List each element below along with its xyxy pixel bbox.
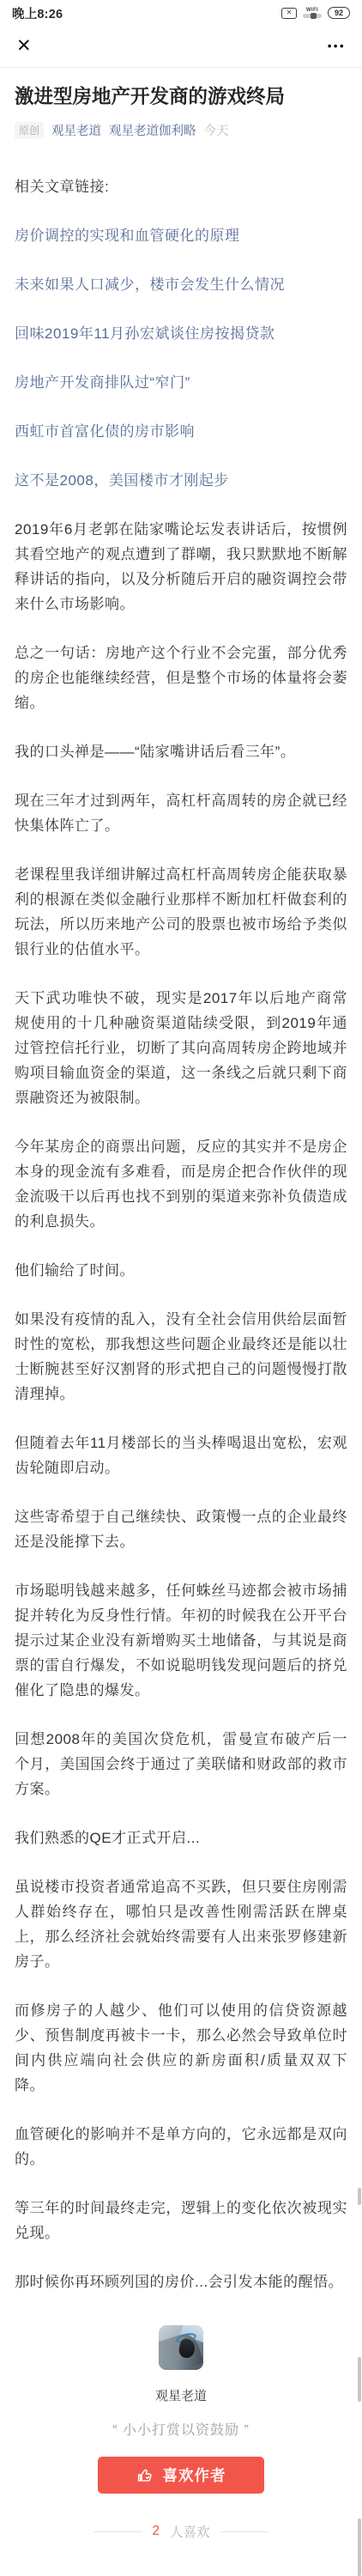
reward-author-name: 观星老道 — [15, 2386, 347, 2404]
status-time: 晚上8:26 — [12, 4, 63, 22]
like-author-button[interactable]: 喜欢作者 — [98, 2457, 264, 2494]
battery-icon: 92 — [328, 7, 350, 19]
reward-quote: “ 小小打赏以资鼓励 ” — [15, 2419, 347, 2439]
body-paragraph: 但随着去年11月楼部长的当头棒喝退出宽松，宏观齿轮随即启动。 — [15, 1431, 347, 1480]
article-title: 激进型房地产开发商的游戏终局 — [15, 84, 347, 110]
related-links: 房价调控的实现和血管硬化的原理未来如果人口减少，楼市会发生什么情况回味2019年… — [15, 223, 347, 493]
wifi-bar — [303, 14, 322, 18]
scrollbar-thumb[interactable] — [358, 2518, 361, 2576]
nav-bar: ✕ ••• — [0, 24, 362, 68]
like-button-label: 喜欢作者 — [163, 2464, 226, 2486]
likes-count: 2 — [152, 2524, 160, 2539]
body-paragraph: 而修房子的人越少、他们可以使用的信贷资源越少、预售制度再被卡一卡，那么必然会导致… — [15, 1998, 347, 2098]
author-avatar — [159, 2325, 203, 2370]
body-paragraph: 老课程里我详细讲解过高杠杆高周转房企能获取暴利的根源在类似金融行业那样不断加杠杆… — [15, 862, 347, 962]
related-links-label: 相关文章链接: — [15, 174, 347, 199]
wifi-knob — [311, 13, 317, 19]
close-icon[interactable]: ✕ — [16, 37, 32, 55]
scrollbar-thumb[interactable] — [358, 2188, 361, 2205]
body-paragraph: 市场聪明钱越来越多，任何蛛丝马迹都会被市场捕捉并转化为反身性行情。年初的时候我在… — [15, 1578, 347, 1703]
body-paragraph: 我的口头禅是——“陆家嘴讲话后看三年”。 — [15, 739, 347, 764]
account-name-link[interactable]: 观星老道 — [51, 121, 101, 139]
body-paragraph: 血管硬化的影响并不是单方向的，它永远都是双向的。 — [15, 2122, 347, 2172]
body-paragraph: 他们输给了时间。 — [15, 1258, 347, 1283]
scrollbar-thumb[interactable] — [358, 2357, 361, 2402]
article-meta: 原创 观星老道 观星老道伽利略 今天 — [15, 121, 347, 139]
battery-percent: 92 — [335, 9, 343, 17]
related-article-link[interactable]: 回味2019年11月孙宏斌谈住房按揭贷款 — [15, 321, 347, 346]
article-paragraphs: 2019年6月老郭在陆家嘴论坛发表讲话后，按惯例其看空地产的观点遭到了群嘲，我只… — [15, 517, 347, 2294]
likes-divider-right — [220, 2531, 268, 2532]
body-paragraph: 总之一句话：房地产这个行业不会完蛋，部分优秀的房企也能继续经营，但是整个市场的体… — [15, 641, 347, 715]
related-article-link[interactable]: 房价调控的实现和血管硬化的原理 — [15, 223, 347, 248]
no-sim-icon: ✕ — [281, 8, 297, 19]
likes-row: 2 人喜欢 — [15, 2522, 347, 2541]
related-article-link[interactable]: 未来如果人口减少，楼市会发生什么情况 — [15, 272, 347, 297]
original-tag: 原创 — [15, 122, 44, 139]
likes-label: 人喜欢 — [170, 2522, 210, 2541]
body-paragraph: 等三年的时间最终走完，逻辑上的变化依次被现实兑现。 — [15, 2196, 347, 2245]
likes-divider-left — [94, 2531, 142, 2532]
body-paragraph: 那时候你再环顾列国的房价...会引发本能的醒悟。 — [15, 2269, 347, 2294]
author-name-link[interactable]: 观星老道伽利略 — [109, 121, 196, 139]
related-article-link[interactable]: 西虹市首富化债的房市影响 — [15, 419, 347, 444]
reward-section: 观星老道 “ 小小打赏以资鼓励 ” 喜欢作者 2 人喜欢 — [15, 2325, 347, 2541]
body-paragraph: 如果没有疫情的乱入，没有全社会信用供给层面暂时性的宽松，那我想这些问题企业最终还… — [15, 1307, 347, 1406]
body-paragraph: 现在三年才过到两年，高杠杆高周转的房企就已经快集体阵亡了。 — [15, 788, 347, 838]
related-article-link[interactable]: 这不是2008，美国楼市才刚起步 — [15, 468, 347, 493]
status-bar: 晚上8:26 ✕ WIFI 92 — [0, 0, 362, 24]
body-paragraph: 虽说楼市投资者通常追高不买跌，但只要住房刚需人群始终存在，哪怕只是改善性刚需活跃… — [15, 1874, 347, 1974]
related-article-link[interactable]: 房地产开发商排队过“窄门” — [15, 370, 347, 395]
body-paragraph: 天下武功唯快不破，现实是2017年以后地产商常规使用的十几种融资渠道陆续受限，到… — [15, 986, 347, 1110]
body-paragraph: 回想2008年的美国次贷危机，雷曼宣布破产后一个月，美国国会终于通过了美联储和财… — [15, 1727, 347, 1801]
status-icons: ✕ WIFI 92 — [281, 7, 350, 19]
more-icon[interactable]: ••• — [328, 39, 346, 52]
body-paragraph: 这些寄希望于自己继续快、政策慢一点的企业最终还是没能撑下去。 — [15, 1504, 347, 1554]
body-paragraph: 今年某房企的商票出问题，反应的其实并不是房企本身的现金流有多难看，而是房企把合作… — [15, 1134, 347, 1234]
body-paragraph: 我们熟悉的QE才正式开启... — [15, 1826, 347, 1850]
thumbs-up-icon — [136, 2466, 154, 2484]
wifi-icon: WIFI — [303, 8, 322, 18]
publish-date: 今天 — [204, 121, 229, 139]
body-paragraph: 2019年6月老郭在陆家嘴论坛发表讲话后，按惯例其看空地产的观点遭到了群嘲，我只… — [15, 517, 347, 617]
article-content: 激进型房地产开发商的游戏终局 原创 观星老道 观星老道伽利略 今天 相关文章链接… — [0, 84, 362, 2541]
